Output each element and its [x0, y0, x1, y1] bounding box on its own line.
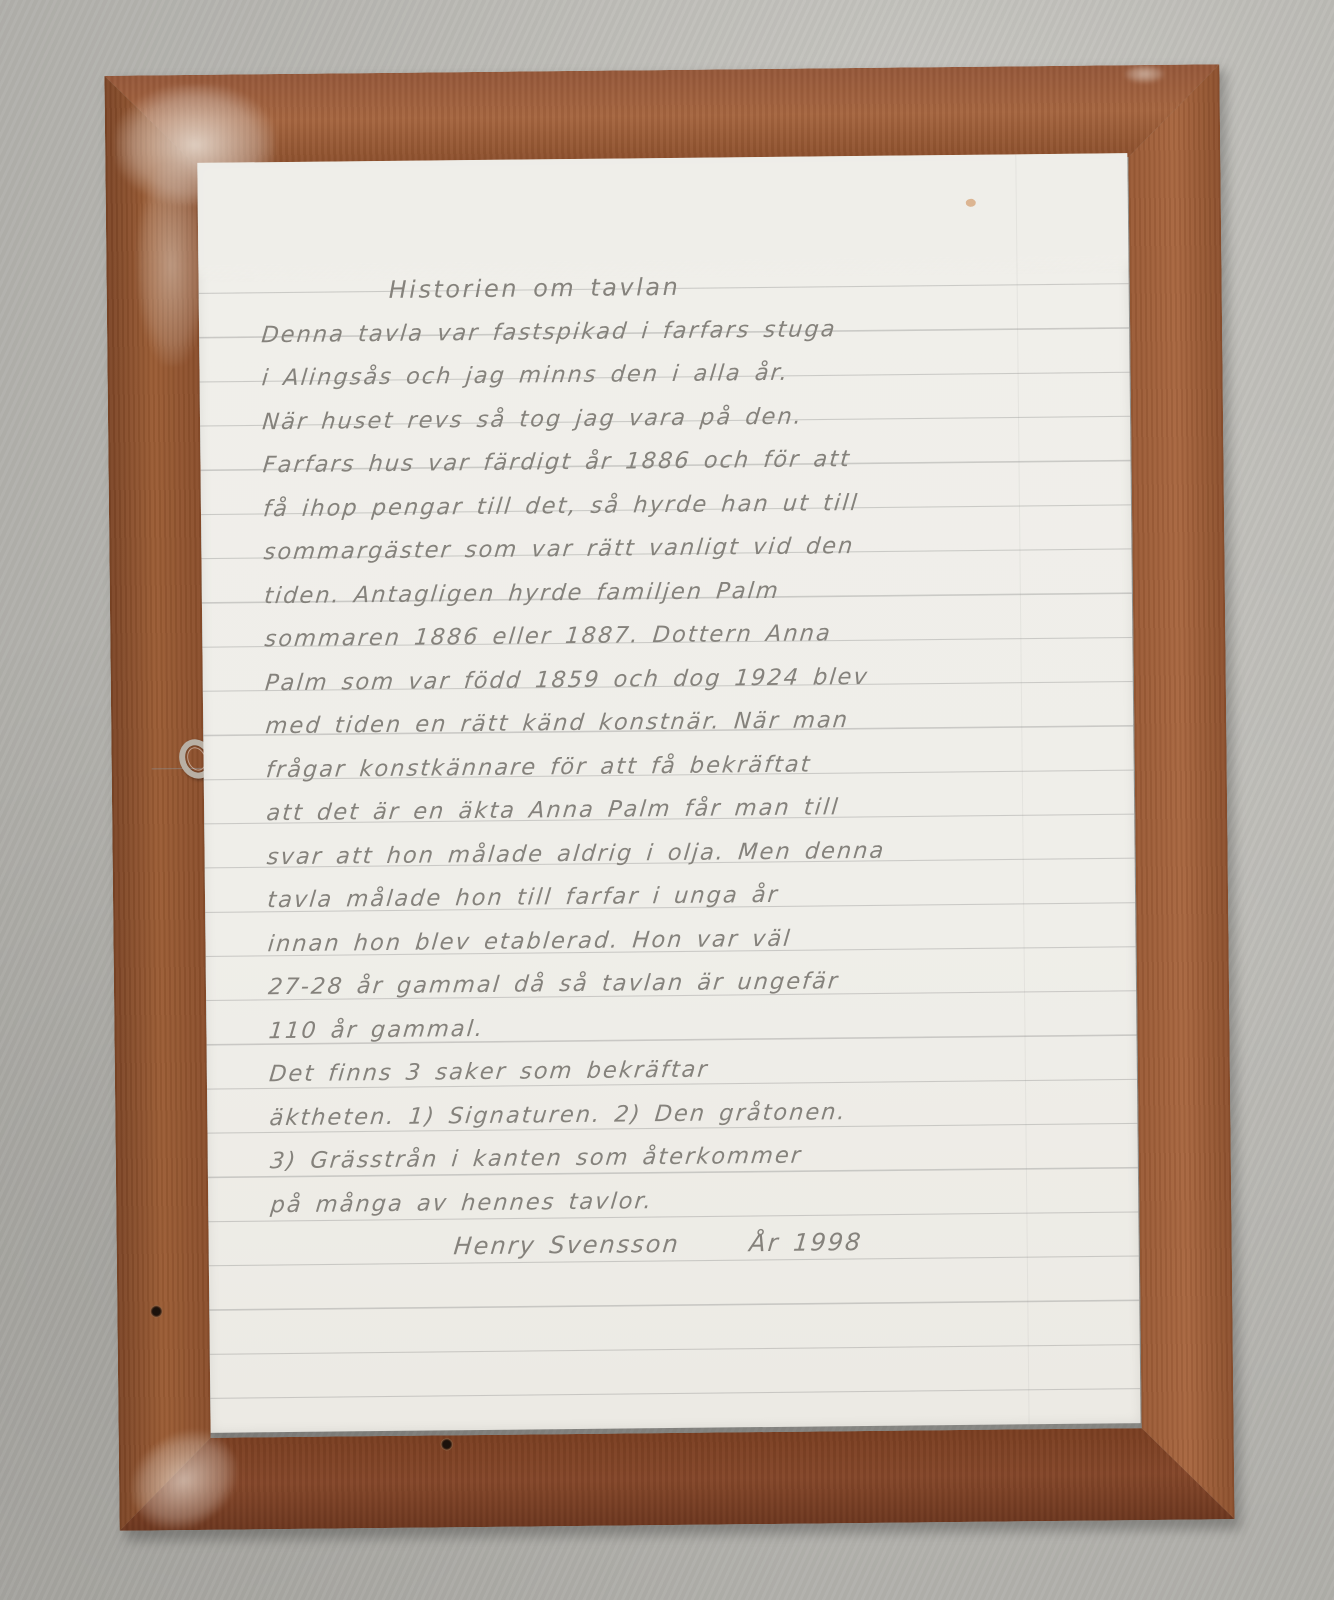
wooden-picture-frame: Historien om tavlan Denna tavla var fast… — [104, 64, 1234, 1531]
paint-wear-top-right — [1124, 65, 1164, 83]
frame-rail-bottom — [119, 1427, 1235, 1531]
signature-year: År 1998 — [748, 1228, 864, 1257]
paint-wear-left-rail — [135, 165, 207, 366]
nail-hole-bottom — [441, 1438, 453, 1450]
paper-stain — [966, 199, 976, 207]
handwritten-note: Historien om tavlan Denna tavla var fast… — [258, 261, 1128, 1270]
frame-rail-right — [1127, 64, 1234, 1520]
lined-paper-sheet: Historien om tavlan Denna tavla var fast… — [197, 153, 1140, 1433]
note-title: Historien om tavlan — [388, 260, 1140, 313]
nail-hole-left — [150, 1305, 162, 1317]
signature-line: Henry Svensson År 1998 — [267, 1218, 1131, 1271]
signature-name: Henry Svensson — [452, 1230, 681, 1260]
